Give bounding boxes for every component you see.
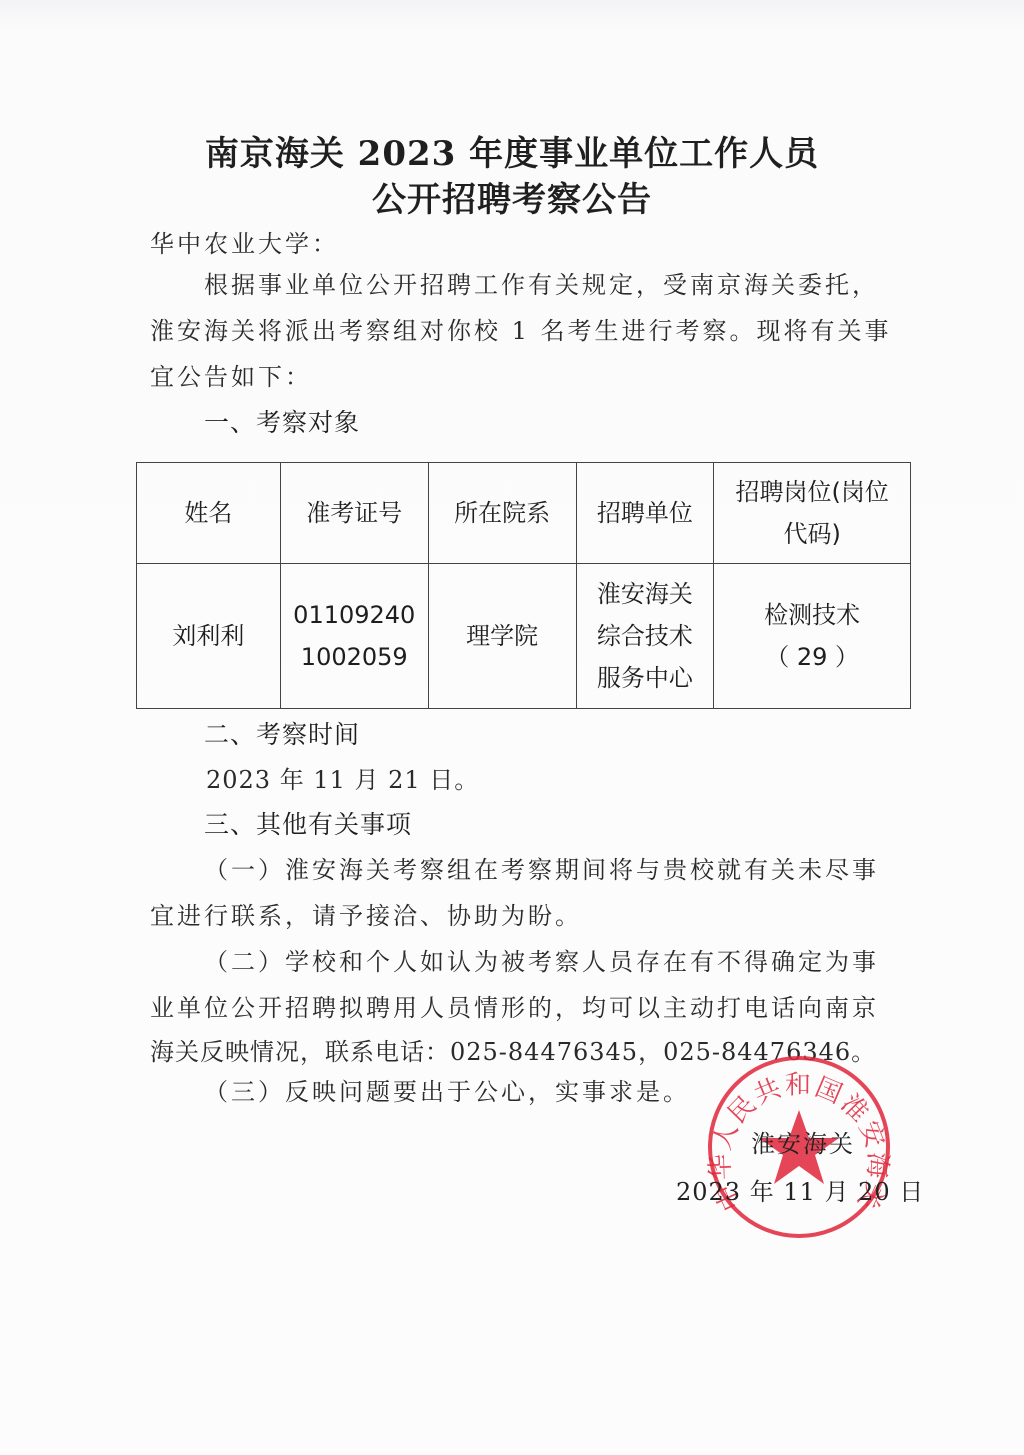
section2-heading: 二、考察时间 <box>204 722 360 747</box>
cell-position: 检测技术 （ 29 ） <box>714 564 911 709</box>
cell-unit: 淮安海关 综合技术 服务中心 <box>576 564 714 709</box>
section3-heading: 三、其他有关事项 <box>204 812 412 837</box>
header-exam-id: 准考证号 <box>280 463 428 564</box>
cell-name: 刘利利 <box>137 564 281 709</box>
intro-line3: 宜公告如下： <box>150 365 312 389</box>
cell-department: 理学院 <box>428 564 576 709</box>
table-header-row: 姓名 准考证号 所在院系 招聘单位 招聘岗位(岗位 代码) <box>137 463 911 564</box>
item2-line1: （二）学校和个人如认为被考察人员存在有不得确定为事 <box>204 950 879 974</box>
signature-org: 淮安海关 <box>751 1124 855 1159</box>
exam-id-line2: 1002059 <box>287 636 422 678</box>
table-row: 刘利利 01109240 1002059 理学院 淮安海关 综合技术 服务中心 … <box>137 564 911 709</box>
cell-exam-id: 01109240 1002059 <box>280 564 428 709</box>
exam-id-line1: 01109240 <box>287 594 422 636</box>
unit-line1: 淮安海关 <box>583 573 708 615</box>
intro-line2: 淮安海关将派出考察组对你校 1 名考生进行考察。现将有关事 <box>150 319 892 343</box>
item1-line2: 宜进行联系，请予接洽、协助为盼。 <box>150 904 582 928</box>
header-position-line1: 招聘岗位(岗位 <box>720 471 904 513</box>
unit-line2: 综合技术 <box>583 615 708 657</box>
document-title-line2: 公开招聘考察公告 <box>0 172 1024 221</box>
header-department: 所在院系 <box>428 463 576 564</box>
signature-date: 2023 年 11 月 20 日 <box>676 1172 924 1207</box>
item2-line2: 业单位公开招聘拟聘用人员情形的，均可以主动打电话向南京 <box>150 996 879 1020</box>
intro-line1: 根据事业单位公开招聘工作有关规定，受南京海关委托， <box>204 273 879 297</box>
candidate-table: 姓名 准考证号 所在院系 招聘单位 招聘岗位(岗位 代码) 刘利利 011092… <box>136 462 911 709</box>
addressee: 华中农业大学： <box>150 232 339 256</box>
inspection-date: 2023 年 11 月 21 日。 <box>206 768 479 792</box>
header-position: 招聘岗位(岗位 代码) <box>714 463 911 564</box>
document-title-line1: 南京海关 2023 年度事业单位工作人员 <box>0 126 1024 175</box>
item3-line1: （三）反映问题要出于公心，实事求是。 <box>204 1080 690 1104</box>
position-line1: 检测技术 <box>720 594 904 636</box>
unit-line3: 服务中心 <box>583 657 708 699</box>
position-line2: （ 29 ） <box>720 636 904 678</box>
header-name: 姓名 <box>137 463 281 564</box>
header-unit: 招聘单位 <box>576 463 714 564</box>
document-page: 南京海关 2023 年度事业单位工作人员 公开招聘考察公告 华中农业大学： 根据… <box>0 0 1024 1455</box>
header-position-line2: 代码) <box>720 513 904 555</box>
section1-heading: 一、考察对象 <box>204 410 360 435</box>
item1-line1: （一）淮安海关考察组在考察期间将与贵校就有关未尽事 <box>204 858 879 882</box>
